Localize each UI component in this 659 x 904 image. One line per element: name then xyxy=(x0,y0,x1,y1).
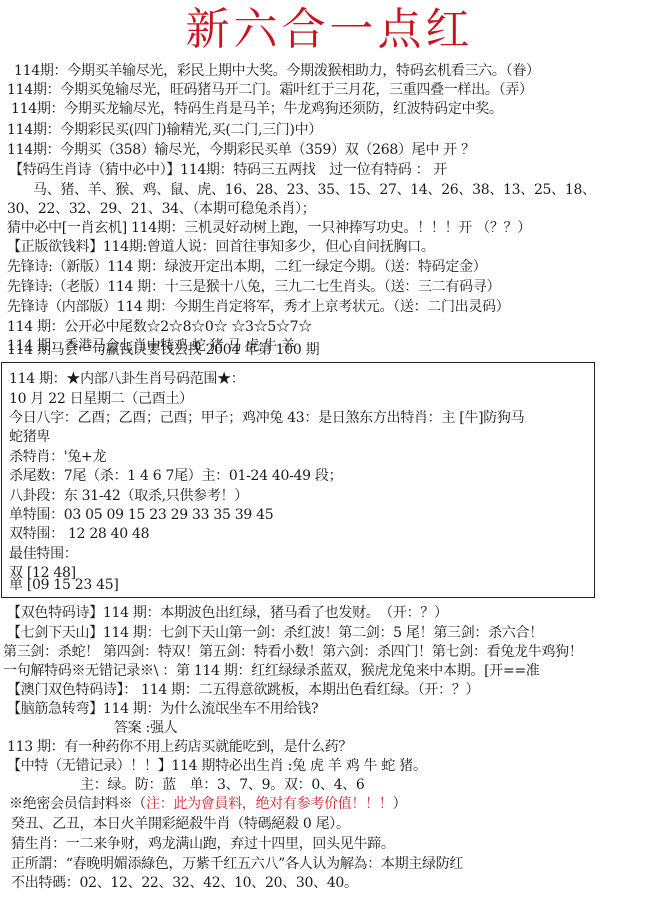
text-line: 114 期：公开必中尾数☆2☆8☆0☆ ☆3☆5☆7☆ xyxy=(7,318,312,336)
text-line: 主：绿。防：蓝 单：3、7、9。双：0、4、6 xyxy=(80,776,365,794)
text-line: 114期：今期买龙输尽光，特码生肖是马羊；牛龙鸡狗还须防，红波特码定中奖。 xyxy=(11,100,503,118)
member-note-warning: 注：此为會員料，绝对有参考价值！！！ xyxy=(146,796,393,812)
box-line: 杀特肖：'兔+龙 xyxy=(9,448,106,466)
text-line: 猜中必中[一肖玄机] 114期：三机灵好动树上跑，一只神捧写功史。！！！开 （？… xyxy=(7,219,531,237)
text-line: 113 期：有一种药你不用上药店买就能吃到，是什么药？ xyxy=(7,738,352,756)
member-note-line: ※绝密会员信封料※（注：此为會員料，绝对有参考价值！！！） xyxy=(9,795,406,813)
text-line: 114期：今期彩民买(四门)输精光,买(二门,三门)中） xyxy=(7,121,322,139)
text-line: 先锋诗:（老版）114 期：十三是猴十八兔，三九二七生肖头。（送：三二有码寻） xyxy=(7,278,500,296)
box-line: 单 [09 15 23 45] xyxy=(9,576,118,594)
text-line: 【七剑下天山】114 期：七剑下天山第一剑：杀红波！第二剑：5 尾！第三剑：杀六… xyxy=(7,624,543,642)
answer-line: 答案 :强人 xyxy=(114,719,177,737)
member-note-label: ※绝密会员信封料※（ xyxy=(9,796,146,812)
text-line: 不出特碼：02、12、22、32、42、10、20、30、40。 xyxy=(11,874,358,892)
member-note-close: ） xyxy=(393,796,407,812)
text-line: 先锋诗:（新版）114 期：绿波开定出本期，二红一绿定今期。（送：特码定金） xyxy=(7,258,487,276)
box-heading: 114 期：★内部八卦生肖号码范围★： xyxy=(9,370,244,388)
text-line: 【澳门双色特码诗】： 114 期：二五得意欲跳板，本期出色看红绿。（开：？） xyxy=(7,681,479,699)
text-line: 一句解特码※无错记录※\ ：第 114 期：红红绿绿杀蓝双，猴虎龙兔来中本期。[… xyxy=(3,662,540,680)
number-list: 30、22、32、29、21、34、（本期可稳兔杀肖）； xyxy=(7,200,316,218)
text-line: 【脑筋急转弯】114 期：为什么流氓坐车不用给钱? xyxy=(7,700,318,718)
text-line: 【中特（无错记录）！！】114 期特必出生肖 :兔 虎 羊 鸡 牛 蛇 猪。 xyxy=(7,757,427,775)
text-line: 猜生肖：一二来争财，鸡龙满山跑，弃过十四里，回头见牛蹄。 xyxy=(11,835,395,853)
box-line: 双特围： 12 28 40 48 xyxy=(9,525,149,543)
text-line: 第三剑：杀蛇！ 第四剑：特双！第五剑：特看小数！第六剑：杀四门！第七剑：看兔龙牛… xyxy=(3,643,583,661)
box-line: 今日八字：乙酉；乙酉；己酉；甲子；鸡冲兔 43：是日煞东方出特肖：主 [牛]防狗… xyxy=(9,409,524,427)
text-line: 114期：今期买（358）输尽光，今期彩民买单（359）双（268）尾中 开 ？ xyxy=(7,141,475,159)
text-line: 先锋诗（内部版）114 期：今期生肖定将军，秀才上京考状元。（送：二门出灵码） xyxy=(7,298,509,316)
box-line: 最佳特围： xyxy=(9,545,78,563)
number-list: 马、猪、羊、猴、鸡、鼠、虎、16、28、23、35、15、27、14、26、38… xyxy=(33,181,596,199)
page-title: 新六合一点红 xyxy=(0,4,659,56)
box-line: 杀尾数：7尾（杀：1 4 6 7尾）主：01-24 40-49 段； xyxy=(9,467,342,485)
box-line: 八卦段：东 31-42（取杀,只供参考！） xyxy=(9,487,248,505)
text-line: 114 期马会一句赢钱诀要钱去找 2004 年第 100 期 xyxy=(7,341,319,359)
text-line: 114期：今期买兔输尽光，旺码猪马开二门。霜叶红于三月花，三重四叠一样出。（弄） xyxy=(7,81,533,99)
text-line: 【双色特码诗】114 期：本期波色出红绿，猪马看了也发财。 （开：？） xyxy=(7,604,448,622)
box-line: 单特围：03 05 09 15 23 29 33 35 39 45 xyxy=(9,506,273,524)
poem-heading: 【特码生肖诗（猜中必中）】114期：特码三五两找 过一位有特码 ： 开 xyxy=(9,161,447,179)
text-line: 【正版欲钱料】114期:曾道人说：回首往事知多少，但心自问抚胸口。 xyxy=(7,238,435,256)
text-line: 正所謂：“春晚明媚添綠色，万紫千红五六八”各人认为解為：本期主绿防红 xyxy=(11,855,463,873)
text-line: 114期：今期买羊输尽光，彩民上期中大奖。今期泼猴相助力，特码玄机看三六。（眷） xyxy=(14,62,540,80)
box-line: 10 月 22 日星期二（己酉土） xyxy=(9,390,193,408)
text-line: 癸丑、乙丑，本日火羊開彩絕殺牛肖（特碼絕殺 0 尾）。 xyxy=(11,815,350,833)
box-line: 蛇猪卑 xyxy=(9,428,50,446)
